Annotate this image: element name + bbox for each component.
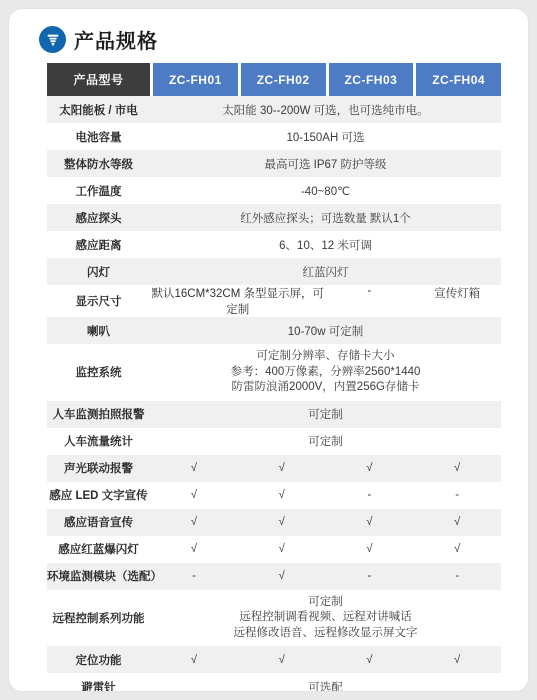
table-row-traffic-stats: 人车流量统计 可定制 (47, 428, 501, 455)
check-mark: √ (150, 654, 238, 666)
row-label: 感应 LED 文字宣传 (47, 487, 150, 503)
row-value: -40~80℃ (150, 184, 501, 198)
check-mark: √ (326, 654, 414, 666)
table-row-led-text: 感应 LED 文字宣传 √ √ - - (47, 482, 501, 509)
row-label: 人车监测拍照报警 (47, 406, 150, 422)
row-value: 可定制 (150, 406, 501, 422)
section-header: 产品规格 (9, 9, 528, 55)
row-value: 红蓝闪灯 (150, 264, 501, 280)
table-row-sensor-probe: 感应探头 红外感应探头；可选数量 默认1个 (47, 204, 501, 231)
row-value: 可定制分辨率、存储卡大小 参考：400万像素，分辨率2560*1440 防雷防浪… (150, 344, 501, 401)
row-label: 喇叭 (47, 323, 150, 339)
row-label: 人车流量统计 (47, 433, 150, 449)
value-line: 参考：400万像素，分辨率2560*1440 (150, 365, 501, 381)
row-label: 远程控制系列功能 (47, 610, 150, 626)
table-row-lightning-rod: 避雷针 可选配 (47, 673, 501, 692)
row-cells: 默认16CM*32CM 条型显示屏，可定制 - 宣传灯箱 (150, 285, 501, 317)
row-label: 电池容量 (47, 129, 150, 145)
check-mark: √ (413, 516, 501, 528)
check-mark: √ (238, 654, 326, 666)
row-value: 最高可选 IP67 防护等级 (150, 156, 501, 172)
table-row-positioning: 定位功能 √ √ √ √ (47, 646, 501, 673)
row-label: 太阳能板 / 市电 (47, 102, 150, 118)
table-row-sound-light-alarm: 声光联动报警 √ √ √ √ (47, 455, 501, 482)
row-marks: - √ - - (150, 570, 501, 582)
column-header-zc-fh03: ZC-FH03 (329, 63, 414, 96)
row-label: 感应探头 (47, 210, 150, 226)
table-row-display-size: 显示尺寸 默认16CM*32CM 条型显示屏，可定制 - 宣传灯箱 (47, 285, 501, 317)
dash-mark: - (413, 489, 501, 501)
table-row-monitoring-system: 监控系统 可定制分辨率、存储卡大小 参考：400万像素，分辨率2560*1440… (47, 344, 501, 401)
table-row-voice-broadcast: 感应语音宣传 √ √ √ √ (47, 509, 501, 536)
check-mark: √ (150, 543, 238, 555)
check-mark: √ (326, 462, 414, 474)
row-label: 感应红蓝爆闪灯 (47, 541, 150, 557)
check-mark: √ (238, 516, 326, 528)
row-label: 感应语音宣传 (47, 514, 150, 530)
row-value: 6、10、12 米可调 (150, 237, 501, 253)
check-mark: √ (238, 570, 326, 582)
value-line: 远程修改语音、远程修改显示屏文字 (150, 626, 501, 642)
row-label: 闪灯 (47, 264, 150, 280)
check-mark: √ (238, 489, 326, 501)
row-label: 监控系统 (47, 364, 150, 380)
column-header-zc-fh01: ZC-FH01 (153, 63, 238, 96)
table-row-solar-panel: 太阳能板 / 市电 太阳能 30--200W 可选，也可选纯市电。 (47, 96, 501, 123)
check-mark: √ (326, 543, 414, 555)
table-row-battery: 电池容量 10-150AH 可选 (47, 123, 501, 150)
value-line: 防雷防浪涌2000V，内置256G存储卡 (150, 380, 501, 396)
row-label: 工作温度 (47, 183, 150, 199)
row-marks: √ √ √ √ (150, 516, 501, 528)
check-mark: √ (238, 543, 326, 555)
row-label: 环境监测模块（选配） (47, 568, 150, 584)
check-mark: √ (413, 462, 501, 474)
check-mark: √ (413, 654, 501, 666)
check-mark: √ (238, 462, 326, 474)
check-mark: √ (150, 462, 238, 474)
row-value: 10-70w 可定制 (150, 323, 501, 339)
column-header-zc-fh04: ZC-FH04 (416, 63, 501, 96)
dash-mark: - (413, 570, 501, 582)
dash-mark: - (326, 489, 414, 501)
value-line: 可定制 (150, 595, 501, 611)
row-label: 避雷针 (47, 679, 150, 693)
value-line: 远程控制调看视频、远程对讲喊话 (150, 610, 501, 626)
spec-card: 产品规格 产品型号 ZC-FH01 ZC-FH02 ZC-FH03 ZC-FH0… (8, 8, 529, 692)
cell-value: 默认16CM*32CM 条型显示屏，可定制 (150, 285, 326, 317)
table-row-environment-module: 环境监测模块（选配） - √ - - (47, 563, 501, 590)
row-label: 定位功能 (47, 652, 150, 668)
column-header-model-label: 产品型号 (47, 63, 150, 96)
row-marks: √ √ - - (150, 489, 501, 501)
row-value: 可选配 (150, 679, 501, 693)
row-marks: √ √ √ √ (150, 462, 501, 474)
check-mark: √ (150, 489, 238, 501)
spec-table: 产品型号 ZC-FH01 ZC-FH02 ZC-FH03 ZC-FH04 太阳能… (47, 63, 501, 692)
check-mark: √ (150, 516, 238, 528)
dash-mark: - (150, 570, 238, 582)
table-row-speaker: 喇叭 10-70w 可定制 (47, 317, 501, 344)
row-value: 可定制 远程控制调看视频、远程对讲喊话 远程修改语音、远程修改显示屏文字 (150, 590, 501, 647)
check-mark: √ (413, 543, 501, 555)
value-line: 可定制分辨率、存储卡大小 (150, 349, 501, 365)
table-row-sensor-range: 感应距离 6、10、12 米可调 (47, 231, 501, 258)
cell-value: 宣传灯箱 (413, 285, 501, 317)
row-value: 可定制 (150, 433, 501, 449)
table-row-capture-alarm: 人车监测拍照报警 可定制 (47, 401, 501, 428)
table-row-temperature: 工作温度 -40~80℃ (47, 177, 501, 204)
table-row-strobe-light: 感应红蓝爆闪灯 √ √ √ √ (47, 536, 501, 563)
table-row-waterproof: 整体防水等级 最高可选 IP67 防护等级 (47, 150, 501, 177)
row-label: 声光联动报警 (47, 460, 150, 476)
row-value: 红外感应探头；可选数量 默认1个 (150, 210, 501, 226)
check-mark: √ (326, 516, 414, 528)
page-title: 产品规格 (74, 25, 158, 54)
row-label: 感应距离 (47, 237, 150, 253)
row-value: 太阳能 30--200W 可选，也可选纯市电。 (150, 102, 501, 118)
pushpin-icon (39, 26, 66, 53)
table-header-row: 产品型号 ZC-FH01 ZC-FH02 ZC-FH03 ZC-FH04 (47, 63, 501, 96)
row-value: 10-150AH 可选 (150, 129, 501, 145)
cell-value: - (326, 285, 414, 317)
row-label: 显示尺寸 (47, 293, 150, 309)
row-marks: √ √ √ √ (150, 654, 501, 666)
table-row-remote-control: 远程控制系列功能 可定制 远程控制调看视频、远程对讲喊话 远程修改语音、远程修改… (47, 590, 501, 647)
table-row-flash-light: 闪灯 红蓝闪灯 (47, 258, 501, 285)
row-marks: √ √ √ √ (150, 543, 501, 555)
dash-mark: - (326, 570, 414, 582)
column-header-zc-fh02: ZC-FH02 (241, 63, 326, 96)
row-label: 整体防水等级 (47, 156, 150, 172)
